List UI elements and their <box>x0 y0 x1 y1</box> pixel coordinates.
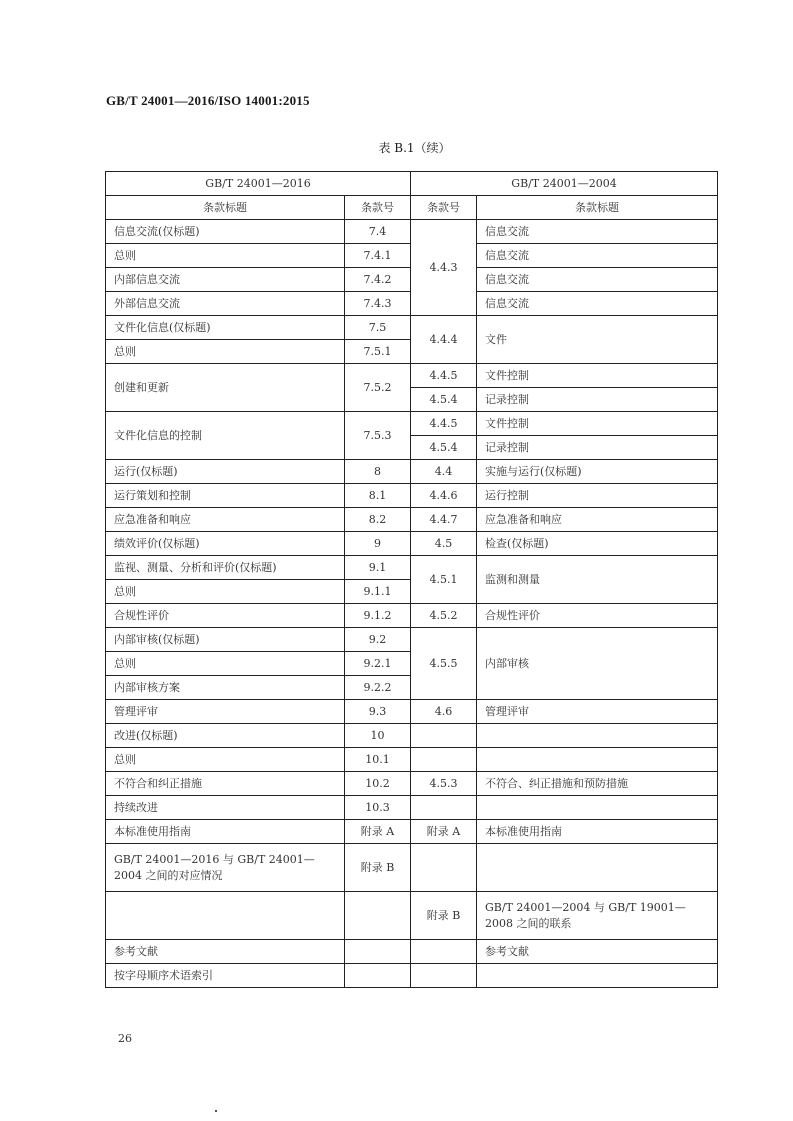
new-clause: 9.1.1 <box>345 580 411 604</box>
new-title: 外部信息交流 <box>106 292 345 316</box>
new-title: 文件化信息的控制 <box>106 412 345 460</box>
table-row: 文件化信息的控制 7.5.3 4.4.5 文件控制 <box>106 412 718 436</box>
group-header-old: GB/T 24001—2004 <box>411 172 718 196</box>
new-clause: 8 <box>345 460 411 484</box>
old-clause: 4.4.5 <box>411 364 477 388</box>
table-caption: 表 B.1（续） <box>0 139 793 156</box>
new-clause <box>345 964 411 988</box>
new-title: 总则 <box>106 340 345 364</box>
table-row: 附录 B GB/T 24001—2004 与 GB/T 19001—2008 之… <box>106 892 718 940</box>
new-clause: 9.1 <box>345 556 411 580</box>
new-clause: 附录 B <box>345 844 411 892</box>
new-clause: 7.4.1 <box>345 244 411 268</box>
new-title: 本标准使用指南 <box>106 820 345 844</box>
old-clause: 4.5 <box>411 532 477 556</box>
old-title: 运行控制 <box>477 484 718 508</box>
new-title: 文件化信息(仅标题) <box>106 316 345 340</box>
table-row: 管理评审 9.3 4.6 管理评审 <box>106 700 718 724</box>
new-clause: 7.5.1 <box>345 340 411 364</box>
old-title: 内部审核 <box>477 628 718 700</box>
new-clause: 10.2 <box>345 772 411 796</box>
col-header-new-title: 条款标题 <box>106 196 345 220</box>
old-clause <box>411 748 477 772</box>
table-row: 运行策划和控制 8.1 4.4.6 运行控制 <box>106 484 718 508</box>
old-clause: 4.5.2 <box>411 604 477 628</box>
table-row: 不符合和纠正措施 10.2 4.5.3 不符合、纠正措施和预防措施 <box>106 772 718 796</box>
old-title <box>477 724 718 748</box>
new-title: 持续改进 <box>106 796 345 820</box>
old-clause <box>411 964 477 988</box>
new-title <box>106 892 345 940</box>
old-title: GB/T 24001—2004 与 GB/T 19001—2008 之间的联系 <box>477 892 718 940</box>
old-clause: 4.5.3 <box>411 772 477 796</box>
table-row: 信息交流(仅标题) 7.4 4.4.3 信息交流 <box>106 220 718 244</box>
old-title: 实施与运行(仅标题) <box>477 460 718 484</box>
new-title: GB/T 24001—2016 与 GB/T 24001—2004 之间的对应情… <box>106 844 345 892</box>
page-number: 26 <box>118 1032 132 1045</box>
new-title: 内部信息交流 <box>106 268 345 292</box>
old-title: 信息交流 <box>477 292 718 316</box>
new-title: 按字母顺序术语索引 <box>106 964 345 988</box>
old-title <box>477 844 718 892</box>
column-header-row: 条款标题 条款号 条款号 条款标题 <box>106 196 718 220</box>
table-row: 总则 10.1 <box>106 748 718 772</box>
old-title: 信息交流 <box>477 244 718 268</box>
new-title: 总则 <box>106 244 345 268</box>
group-header-row: GB/T 24001—2016 GB/T 24001—2004 <box>106 172 718 196</box>
old-clause <box>411 940 477 964</box>
new-title: 应急准备和响应 <box>106 508 345 532</box>
new-title: 内部审核(仅标题) <box>106 628 345 652</box>
new-title: 内部审核方案 <box>106 676 345 700</box>
new-clause: 9.2.1 <box>345 652 411 676</box>
new-clause <box>345 892 411 940</box>
old-title: 文件控制 <box>477 412 718 436</box>
new-clause: 7.5.2 <box>345 364 411 412</box>
table-row: 按字母顺序术语索引 <box>106 964 718 988</box>
old-title: 记录控制 <box>477 388 718 412</box>
old-clause: 4.5.4 <box>411 436 477 460</box>
new-clause: 10 <box>345 724 411 748</box>
old-clause: 4.4.7 <box>411 508 477 532</box>
table-row: 本标准使用指南 附录 A 附录 A 本标准使用指南 <box>106 820 718 844</box>
old-title: 检查(仅标题) <box>477 532 718 556</box>
old-title: 管理评审 <box>477 700 718 724</box>
new-title: 总则 <box>106 748 345 772</box>
col-header-old-title: 条款标题 <box>477 196 718 220</box>
old-clause: 4.4.3 <box>411 220 477 316</box>
table-row: 应急准备和响应 8.2 4.4.7 应急准备和响应 <box>106 508 718 532</box>
table-row: 合规性评价 9.1.2 4.5.2 合规性评价 <box>106 604 718 628</box>
scan-speck <box>215 1110 217 1112</box>
new-title: 改进(仅标题) <box>106 724 345 748</box>
new-clause: 9 <box>345 532 411 556</box>
table-row: 持续改进 10.3 <box>106 796 718 820</box>
clause-mapping-table: GB/T 24001—2016 GB/T 24001—2004 条款标题 条款号… <box>105 171 718 988</box>
old-clause: 附录 A <box>411 820 477 844</box>
old-title: 信息交流 <box>477 268 718 292</box>
table-row: 绩效评价(仅标题) 9 4.5 检查(仅标题) <box>106 532 718 556</box>
old-title: 文件控制 <box>477 364 718 388</box>
col-header-old-clause: 条款号 <box>411 196 477 220</box>
new-clause: 7.4.2 <box>345 268 411 292</box>
table-row: 运行(仅标题) 8 4.4 实施与运行(仅标题) <box>106 460 718 484</box>
new-clause: 7.4 <box>345 220 411 244</box>
new-title: 监视、测量、分析和评价(仅标题) <box>106 556 345 580</box>
new-title: 总则 <box>106 652 345 676</box>
old-clause <box>411 844 477 892</box>
table-row: 内部审核(仅标题) 9.2 4.5.5 内部审核 <box>106 628 718 652</box>
new-clause: 9.1.2 <box>345 604 411 628</box>
old-clause <box>411 724 477 748</box>
table-row: 文件化信息(仅标题) 7.5 4.4.4 文件 <box>106 316 718 340</box>
old-title: 监测和测量 <box>477 556 718 604</box>
new-title: 不符合和纠正措施 <box>106 772 345 796</box>
table-row: 监视、测量、分析和评价(仅标题) 9.1 4.5.1 监测和测量 <box>106 556 718 580</box>
old-title: 记录控制 <box>477 436 718 460</box>
new-clause: 8.1 <box>345 484 411 508</box>
old-title: 信息交流 <box>477 220 718 244</box>
old-title: 文件 <box>477 316 718 364</box>
new-clause: 7.4.3 <box>345 292 411 316</box>
new-title: 运行策划和控制 <box>106 484 345 508</box>
table-row: GB/T 24001—2016 与 GB/T 24001—2004 之间的对应情… <box>106 844 718 892</box>
old-title: 应急准备和响应 <box>477 508 718 532</box>
new-title: 信息交流(仅标题) <box>106 220 345 244</box>
new-title: 绩效评价(仅标题) <box>106 532 345 556</box>
old-clause: 4.5.4 <box>411 388 477 412</box>
old-title <box>477 748 718 772</box>
new-title: 创建和更新 <box>106 364 345 412</box>
old-clause: 4.4.4 <box>411 316 477 364</box>
old-clause <box>411 796 477 820</box>
group-header-new: GB/T 24001—2016 <box>106 172 411 196</box>
old-clause: 4.5.1 <box>411 556 477 604</box>
old-clause: 附录 B <box>411 892 477 940</box>
new-clause: 9.2 <box>345 628 411 652</box>
table-row: 参考文献 参考文献 <box>106 940 718 964</box>
document-header: GB/T 24001—2016/ISO 14001:2015 <box>106 93 310 109</box>
table-row: 创建和更新 7.5.2 4.4.5 文件控制 <box>106 364 718 388</box>
new-clause: 7.5.3 <box>345 412 411 460</box>
table-row: 改进(仅标题) 10 <box>106 724 718 748</box>
old-title: 合规性评价 <box>477 604 718 628</box>
new-clause <box>345 940 411 964</box>
old-clause: 4.4 <box>411 460 477 484</box>
new-clause: 8.2 <box>345 508 411 532</box>
new-title: 总则 <box>106 580 345 604</box>
new-clause: 9.2.2 <box>345 676 411 700</box>
old-title: 不符合、纠正措施和预防措施 <box>477 772 718 796</box>
old-title: 本标准使用指南 <box>477 820 718 844</box>
old-title <box>477 964 718 988</box>
old-clause: 4.4.6 <box>411 484 477 508</box>
old-clause: 4.4.5 <box>411 412 477 436</box>
new-clause: 9.3 <box>345 700 411 724</box>
new-title: 参考文献 <box>106 940 345 964</box>
new-title: 运行(仅标题) <box>106 460 345 484</box>
new-title: 管理评审 <box>106 700 345 724</box>
old-title: 参考文献 <box>477 940 718 964</box>
col-header-new-clause: 条款号 <box>345 196 411 220</box>
new-title: 合规性评价 <box>106 604 345 628</box>
old-title <box>477 796 718 820</box>
new-clause: 附录 A <box>345 820 411 844</box>
old-clause: 4.6 <box>411 700 477 724</box>
new-clause: 10.3 <box>345 796 411 820</box>
new-clause: 10.1 <box>345 748 411 772</box>
old-clause: 4.5.5 <box>411 628 477 700</box>
new-clause: 7.5 <box>345 316 411 340</box>
